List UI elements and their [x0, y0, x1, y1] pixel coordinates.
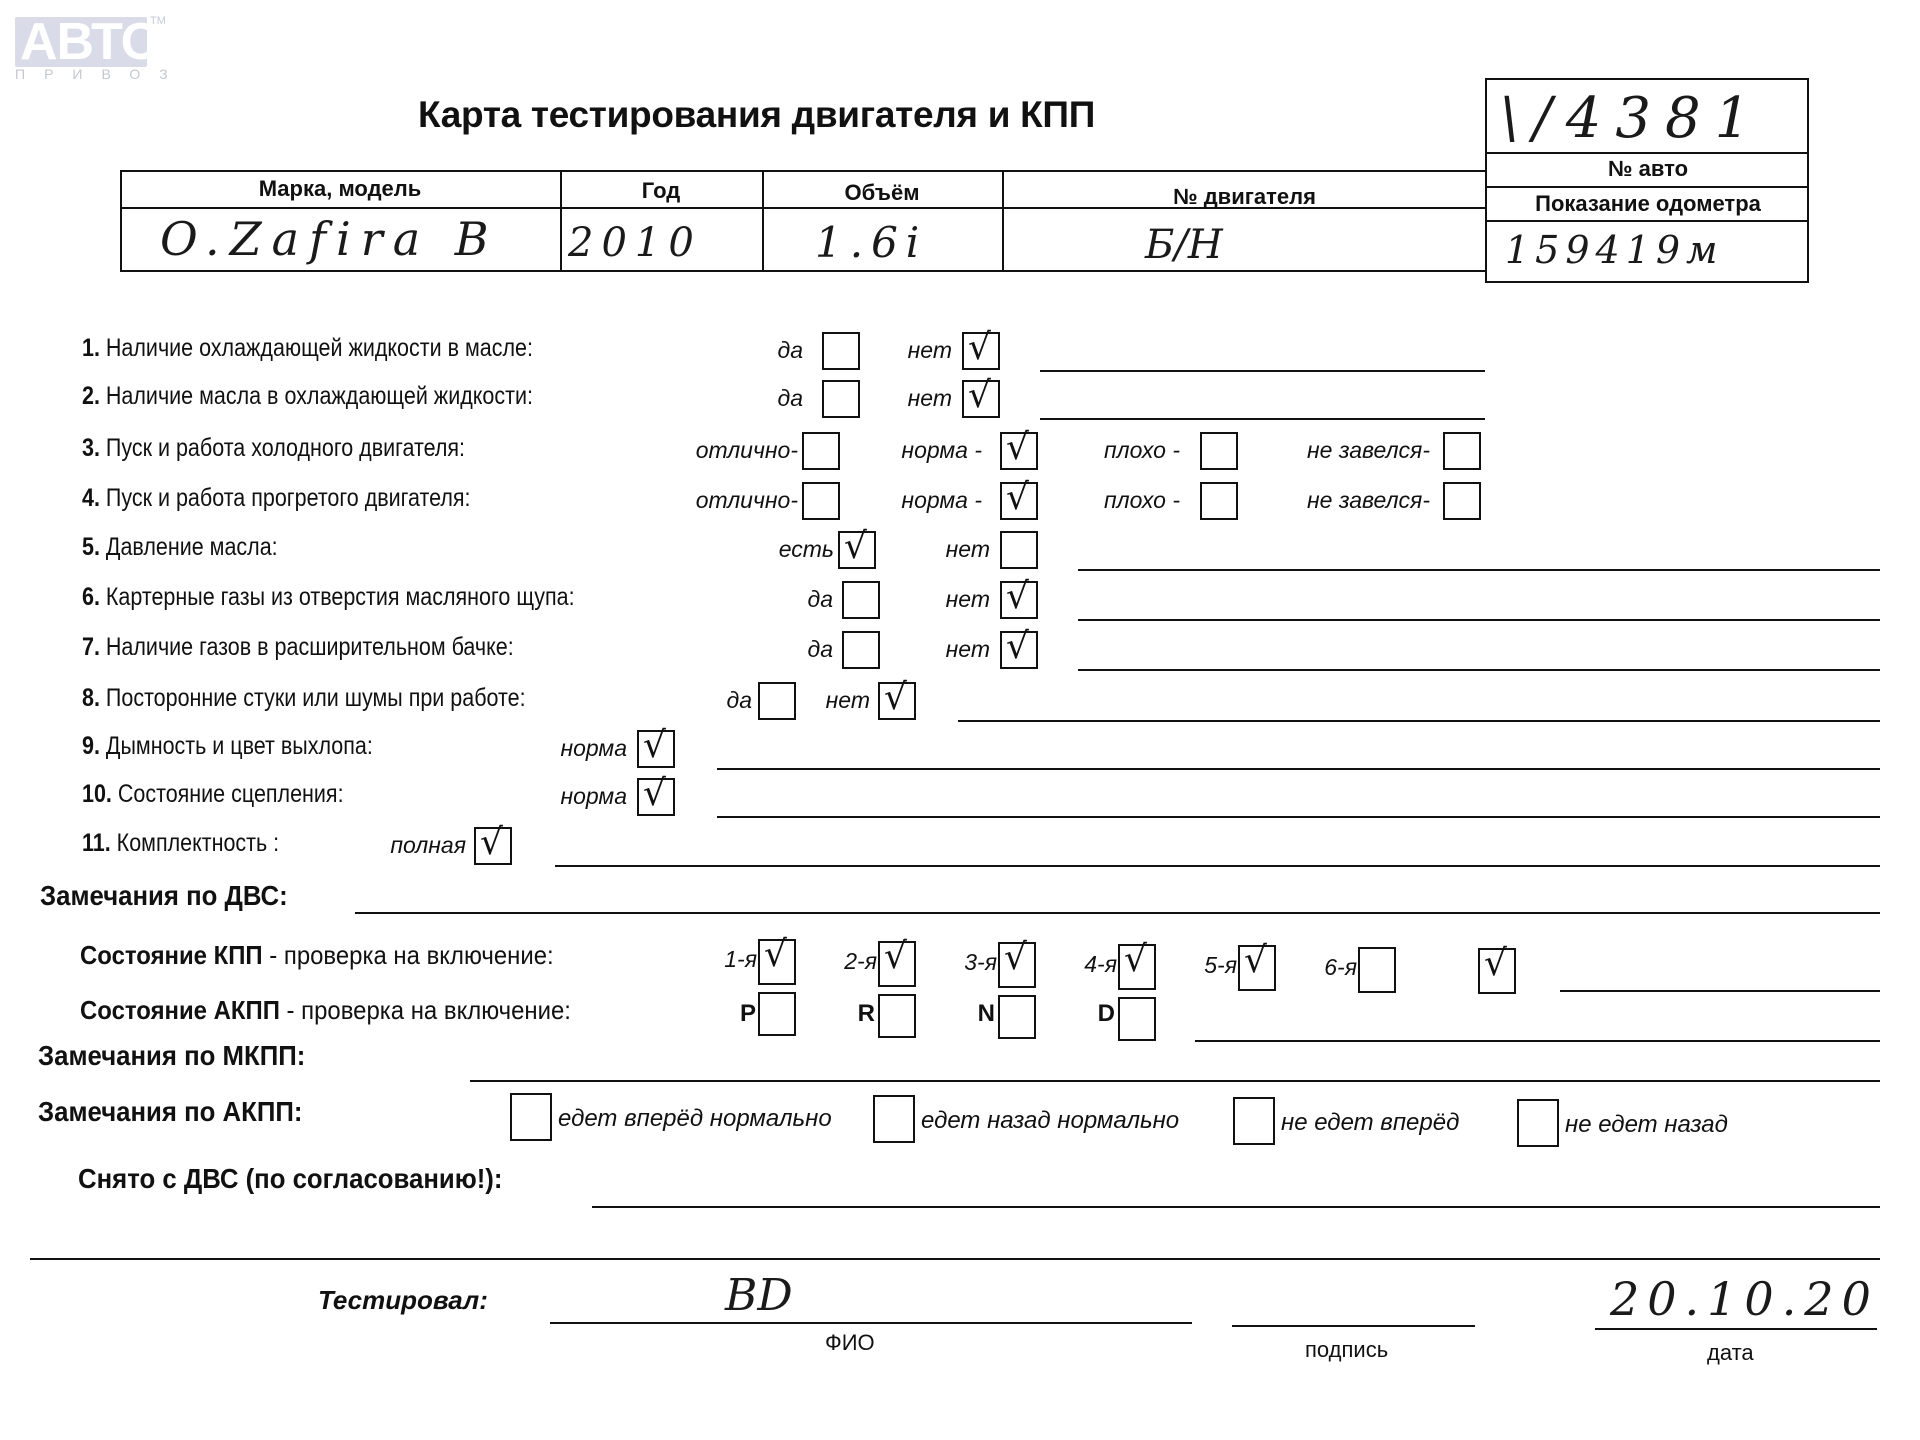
gear-label: 3-я	[964, 949, 997, 976]
option-checkbox[interactable]: √	[1000, 482, 1038, 520]
option-checkbox[interactable]	[1443, 482, 1481, 520]
option-checkbox[interactable]: √	[637, 730, 675, 768]
option-label: норма -	[901, 487, 982, 514]
question-notes-field[interactable]	[717, 816, 1880, 818]
question-text: 7. Наличие газов в расширительном бачке:	[82, 633, 514, 662]
gear-checkbox[interactable]: √	[1118, 944, 1156, 990]
option-checkbox[interactable]	[758, 682, 796, 720]
option-label: да	[777, 385, 803, 412]
check-mark-icon: √	[1006, 577, 1029, 617]
question-label: Посторонние стуки или шумы при работе:	[106, 684, 526, 712]
question-number: 1.	[82, 334, 106, 362]
question-label: Наличие газов в расширительном бачке:	[106, 633, 514, 661]
gear-checkbox[interactable]: √	[878, 941, 916, 987]
check-mark-icon: √	[1004, 938, 1027, 978]
question-number: 10.	[82, 780, 118, 808]
box-border-bottom	[1487, 281, 1809, 283]
manual-gearbox-subtitle: - проверка на включение:	[263, 940, 554, 970]
check-mark-icon: √	[643, 774, 666, 814]
date-caption: дата	[1707, 1340, 1754, 1366]
gear-position-checkbox[interactable]	[758, 992, 796, 1036]
date-field[interactable]	[1595, 1328, 1877, 1330]
option-label: норма -	[901, 437, 982, 464]
gear-label: 6-я	[1324, 954, 1357, 981]
question-text: 9. Дымность и цвет выхлопа:	[82, 732, 373, 761]
option-label: полная	[390, 832, 466, 859]
question-label: Пуск и работа холодного двигателя:	[106, 434, 465, 462]
question-text: 8. Посторонние стуки или шумы при работе…	[82, 684, 526, 713]
gear-position-checkbox[interactable]	[878, 994, 916, 1038]
option-label: не завелся-	[1307, 437, 1430, 464]
option-label: нет	[826, 687, 870, 714]
make-model-label: Марка, модель	[120, 176, 560, 202]
check-mark-icon: √	[844, 527, 867, 567]
question-notes-field[interactable]	[958, 720, 1880, 722]
removed-from-engine-field-2[interactable]	[30, 1258, 1880, 1260]
question-number: 8.	[82, 684, 106, 712]
remarks-engine-field[interactable]	[355, 912, 1880, 914]
remarks-manual-field[interactable]	[470, 1080, 1880, 1082]
question-label: Пуск и работа прогретого двигателя:	[106, 484, 471, 512]
option-checkbox[interactable]	[1200, 482, 1238, 520]
option-label: плохо -	[1104, 437, 1180, 464]
option-checkbox[interactable]	[842, 581, 880, 619]
akpp-remark-checkbox[interactable]	[1517, 1099, 1559, 1147]
question-label: Комплектность :	[117, 829, 279, 857]
box-divider	[1487, 152, 1809, 154]
gear-checkbox[interactable]	[1358, 947, 1396, 993]
option-checkbox[interactable]	[822, 332, 860, 370]
option-checkbox[interactable]: √	[1000, 432, 1038, 470]
option-checkbox[interactable]	[1443, 432, 1481, 470]
option-checkbox[interactable]	[842, 631, 880, 669]
akpp-remark-label: едет назад нормально	[921, 1107, 1179, 1135]
option-checkbox[interactable]: √	[637, 778, 675, 816]
car-number-value: \/4381	[1500, 86, 1764, 151]
removed-from-engine-field[interactable]	[592, 1206, 1880, 1208]
make-model-value: O.Zafira B	[160, 212, 499, 266]
question-label: Состояние сцепления:	[118, 780, 344, 808]
table-border-top	[120, 170, 1487, 172]
box-border-top	[1487, 78, 1809, 80]
question-label: Дымность и цвет выхлопа:	[106, 732, 373, 760]
option-checkbox[interactable]	[1200, 432, 1238, 470]
page-title: Карта тестирования двигателя и КПП	[418, 94, 1095, 136]
option-checkbox[interactable]: √	[1000, 581, 1038, 619]
option-label: плохо -	[1104, 487, 1180, 514]
question-number: 11.	[82, 829, 117, 857]
check-mark-icon: √	[643, 726, 666, 766]
question-text: 10. Состояние сцепления:	[82, 780, 344, 809]
tester-name-caption: ФИО	[825, 1330, 875, 1356]
check-mark-icon: √	[1006, 627, 1029, 667]
option-checkbox[interactable]	[802, 432, 840, 470]
table-border-bottom	[120, 270, 1487, 272]
manual-gearbox-notes-field[interactable]	[1560, 990, 1880, 992]
akpp-remark-label: не едет вперёд	[1281, 1109, 1459, 1137]
check-mark-icon: √	[480, 823, 503, 863]
box-divider	[1487, 186, 1809, 188]
option-label: да	[807, 636, 833, 663]
removed-from-engine-label: Снято с ДВС (по согласованию!):	[78, 1163, 502, 1195]
akpp-remark-label: едет вперёд нормально	[558, 1105, 832, 1133]
question-number: 6.	[82, 583, 106, 611]
option-label: отлично-	[696, 437, 798, 464]
gear-position-checkbox[interactable]	[998, 995, 1036, 1039]
option-label: нет	[946, 536, 990, 563]
auto-gearbox-notes-field[interactable]	[1195, 1040, 1880, 1042]
gear-checkbox[interactable]: √	[1238, 945, 1276, 991]
option-label: да	[726, 687, 752, 714]
gear-checkbox[interactable]: √	[1478, 948, 1516, 994]
manual-gearbox-title: Состояние КПП	[80, 940, 263, 970]
option-checkbox[interactable]: √	[1000, 631, 1038, 669]
check-mark-icon: √	[1006, 478, 1029, 518]
check-mark-icon: √	[1006, 428, 1029, 468]
question-text: 5. Давление масла:	[82, 533, 278, 562]
option-checkbox[interactable]: √	[962, 332, 1000, 370]
question-notes-field[interactable]	[1078, 569, 1880, 571]
option-label: норма	[560, 735, 627, 762]
option-label: есть	[779, 536, 834, 563]
question-text: 4. Пуск и работа прогретого двигателя:	[82, 484, 471, 513]
check-mark-icon: √	[968, 376, 991, 416]
tester-name-value: BD	[725, 1270, 793, 1321]
option-checkbox[interactable]: √	[962, 380, 1000, 418]
logo: АВТО	[20, 14, 160, 70]
check-mark-icon: √	[1124, 940, 1147, 980]
question-number: 7.	[82, 633, 106, 661]
gear-checkbox[interactable]: √	[758, 939, 796, 985]
option-checkbox[interactable]	[1000, 531, 1038, 569]
car-number-label: № авто	[1487, 156, 1809, 182]
auto-gearbox-title: Состояние АКПП	[80, 995, 280, 1025]
volume-label: Объём	[762, 180, 1002, 206]
option-label: нет	[908, 385, 952, 412]
option-checkbox[interactable]: √	[474, 827, 512, 865]
year-value: 2010	[568, 220, 702, 266]
question-notes-field[interactable]	[1040, 370, 1485, 372]
question-text: 3. Пуск и работа холодного двигателя:	[82, 434, 465, 463]
auto-gearbox-subtitle: - проверка на включение:	[280, 995, 571, 1025]
manual-gearbox-label: Состояние КПП - проверка на включение:	[80, 940, 554, 971]
check-mark-icon: √	[764, 935, 787, 975]
option-checkbox[interactable]: √	[838, 531, 876, 569]
question-notes-field[interactable]	[1040, 418, 1485, 420]
engine-number-value: Б/Н	[1145, 222, 1223, 268]
gear-label: 2-я	[844, 948, 877, 975]
question-notes-field[interactable]	[1078, 619, 1880, 621]
question-number: 2.	[82, 382, 106, 410]
akpp-remark-checkbox[interactable]	[873, 1095, 915, 1143]
gear-checkbox[interactable]: √	[998, 942, 1036, 988]
signature-caption: подпись	[1305, 1337, 1388, 1363]
option-label: нет	[946, 636, 990, 663]
volume-value: 1.6i	[815, 218, 927, 267]
gear-label: 1-я	[724, 946, 757, 973]
option-label: не завелся-	[1307, 487, 1430, 514]
year-label: Год	[560, 178, 762, 204]
gear-label: 5-я	[1204, 952, 1237, 979]
question-number: 5.	[82, 533, 106, 561]
gear-label: 4-я	[1084, 951, 1117, 978]
question-label: Картерные газы из отверстия масляного щу…	[106, 583, 575, 611]
question-label: Давление масла:	[106, 533, 278, 561]
question-notes-field[interactable]	[555, 865, 1880, 867]
remarks-auto-label: Замечания по АКПП:	[38, 1096, 302, 1128]
check-mark-icon: √	[1484, 944, 1507, 984]
option-label: да	[777, 337, 803, 364]
question-notes-field[interactable]	[717, 768, 1880, 770]
question-text: 11. Комплектность :	[82, 829, 279, 858]
check-mark-icon: √	[884, 937, 907, 977]
option-checkbox[interactable]: √	[878, 682, 916, 720]
option-label: норма	[560, 783, 627, 810]
question-label: Наличие масла в охлаждающей жидкости:	[106, 382, 533, 410]
option-checkbox[interactable]	[802, 482, 840, 520]
question-text: 1. Наличие охлаждающей жидкости в масле:	[82, 334, 533, 363]
box-divider	[1487, 220, 1809, 222]
gear-position-label: N	[978, 1000, 995, 1028]
tester-name-field[interactable]	[550, 1322, 1192, 1324]
check-mark-icon: √	[1244, 941, 1267, 981]
signature-field[interactable]	[1232, 1325, 1475, 1327]
akpp-remark-checkbox[interactable]	[510, 1093, 552, 1141]
question-number: 4.	[82, 484, 106, 512]
engine-number-label: № двигателя	[1002, 184, 1487, 210]
gear-position-checkbox[interactable]	[1118, 997, 1156, 1041]
odometer-value: 159419м	[1505, 228, 1724, 272]
option-label: да	[807, 586, 833, 613]
question-label: Наличие охлаждающей жидкости в масле:	[106, 334, 533, 362]
option-label: отлично-	[696, 487, 798, 514]
option-checkbox[interactable]	[822, 380, 860, 418]
akpp-remark-label: не едет назад	[1565, 1111, 1728, 1139]
question-text: 6. Картерные газы из отверстия масляного…	[82, 583, 575, 612]
akpp-remark-checkbox[interactable]	[1233, 1097, 1275, 1145]
trademark: TM	[150, 15, 166, 27]
question-number: 9.	[82, 732, 106, 760]
date-value: 20.10.20	[1610, 1272, 1879, 1326]
remarks-manual-label: Замечания по МКПП:	[38, 1040, 305, 1072]
question-notes-field[interactable]	[1078, 669, 1880, 671]
auto-gearbox-label: Состояние АКПП - проверка на включение:	[80, 995, 571, 1026]
question-text: 2. Наличие масла в охлаждающей жидкости:	[82, 382, 533, 411]
remarks-engine-label: Замечания по ДВС:	[40, 880, 288, 912]
check-mark-icon: √	[884, 678, 907, 718]
question-number: 3.	[82, 434, 106, 462]
gear-position-label: R	[858, 1000, 875, 1028]
check-mark-icon: √	[968, 328, 991, 368]
logo-subtitle: ПРИВОЗ	[15, 66, 187, 82]
odometer-label: Показание одометра	[1487, 191, 1809, 217]
gear-position-label: D	[1098, 1000, 1115, 1028]
option-label: нет	[946, 586, 990, 613]
tested-by-label: Тестировал:	[318, 1285, 488, 1316]
option-label: нет	[908, 337, 952, 364]
gear-position-label: P	[740, 1000, 756, 1028]
